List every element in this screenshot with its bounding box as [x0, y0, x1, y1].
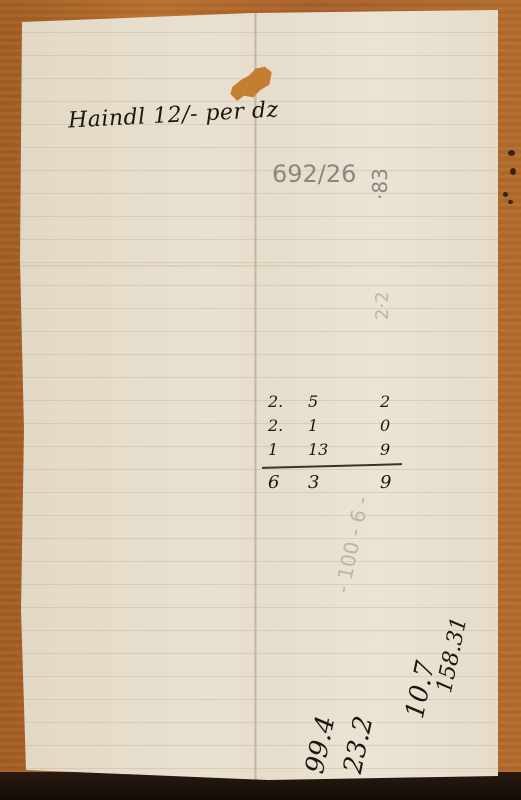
sum-total-row: 6 3 9	[262, 472, 412, 496]
sum-cell: 2	[380, 392, 390, 411]
sum-cell: 9	[380, 440, 390, 459]
sum-cell: 2.	[268, 392, 283, 411]
sum-cell: 13	[308, 440, 328, 459]
total-cell: 9	[380, 472, 391, 493]
sum-cell: 2.	[268, 416, 283, 435]
total-cell: 6	[268, 472, 279, 493]
pencil-margin-note: ·83	[368, 168, 392, 200]
table-stain	[510, 168, 516, 175]
sum-row: 1 13 9	[262, 440, 412, 464]
vertical-fold-crease	[254, 10, 257, 780]
faint-margin-note: 2·2	[372, 291, 393, 320]
sum-cell: 1	[268, 440, 278, 459]
horizontal-fold-crease	[18, 265, 498, 267]
sum-cell: 1	[308, 416, 318, 435]
reference-number: 692/26	[272, 160, 356, 188]
sum-cell: 5	[308, 392, 318, 411]
sum-table: 2. 5 2 2. 1 0 1 13 9 6 3 9	[262, 392, 412, 464]
table-stain	[508, 200, 513, 204]
table-stain	[508, 150, 515, 156]
sum-cell: 0	[380, 416, 390, 435]
sum-row: 2. 1 0	[262, 416, 412, 440]
table-stain	[503, 192, 508, 197]
sum-row: 2. 5 2	[262, 392, 412, 416]
total-cell: 3	[308, 472, 319, 493]
